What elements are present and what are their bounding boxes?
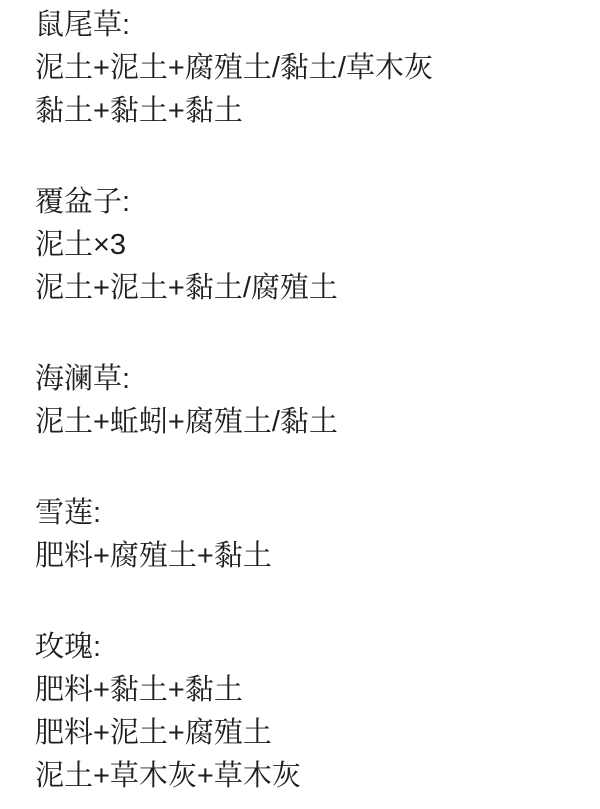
recipe-section: 覆盆子:泥土×3泥土+泥土+黏土/腐殖土: [35, 181, 580, 310]
plant-name-title: 鼠尾草:: [35, 4, 580, 47]
plant-name-title: 雪莲:: [35, 492, 580, 535]
recipe-line: 黏土+黏土+黏土: [35, 90, 580, 133]
recipe-line: 泥土+草木灰+草木灰: [35, 755, 580, 798]
plant-name-title: 玫瑰:: [35, 626, 580, 669]
recipe-section: 玫瑰:肥料+黏土+黏土肥料+泥土+腐殖土泥土+草木灰+草木灰: [35, 626, 580, 798]
recipe-line: 泥土×3: [35, 224, 580, 267]
plant-name-title: 海澜草:: [35, 358, 580, 401]
recipe-section: 雪莲:肥料+腐殖土+黏土: [35, 492, 580, 578]
recipe-line: 肥料+泥土+腐殖土: [35, 712, 580, 755]
recipe-line: 泥土+蚯蚓+腐殖土/黏土: [35, 401, 580, 444]
recipe-section: 海澜草:泥土+蚯蚓+腐殖土/黏土: [35, 358, 580, 444]
recipe-line: 泥土+泥土+腐殖土/黏土/草木灰: [35, 47, 580, 90]
recipe-line: 泥土+泥土+黏土/腐殖土: [35, 267, 580, 310]
recipe-line: 肥料+黏土+黏土: [35, 669, 580, 712]
plant-name-title: 覆盆子:: [35, 181, 580, 224]
recipe-section: 鼠尾草:泥土+泥土+腐殖土/黏土/草木灰黏土+黏土+黏土: [35, 4, 580, 133]
recipe-document: 鼠尾草:泥土+泥土+腐殖土/黏土/草木灰黏土+黏土+黏土覆盆子:泥土×3泥土+泥…: [0, 0, 600, 809]
recipe-list: 鼠尾草:泥土+泥土+腐殖土/黏土/草木灰黏土+黏土+黏土覆盆子:泥土×3泥土+泥…: [35, 4, 580, 798]
recipe-line: 肥料+腐殖土+黏土: [35, 535, 580, 578]
